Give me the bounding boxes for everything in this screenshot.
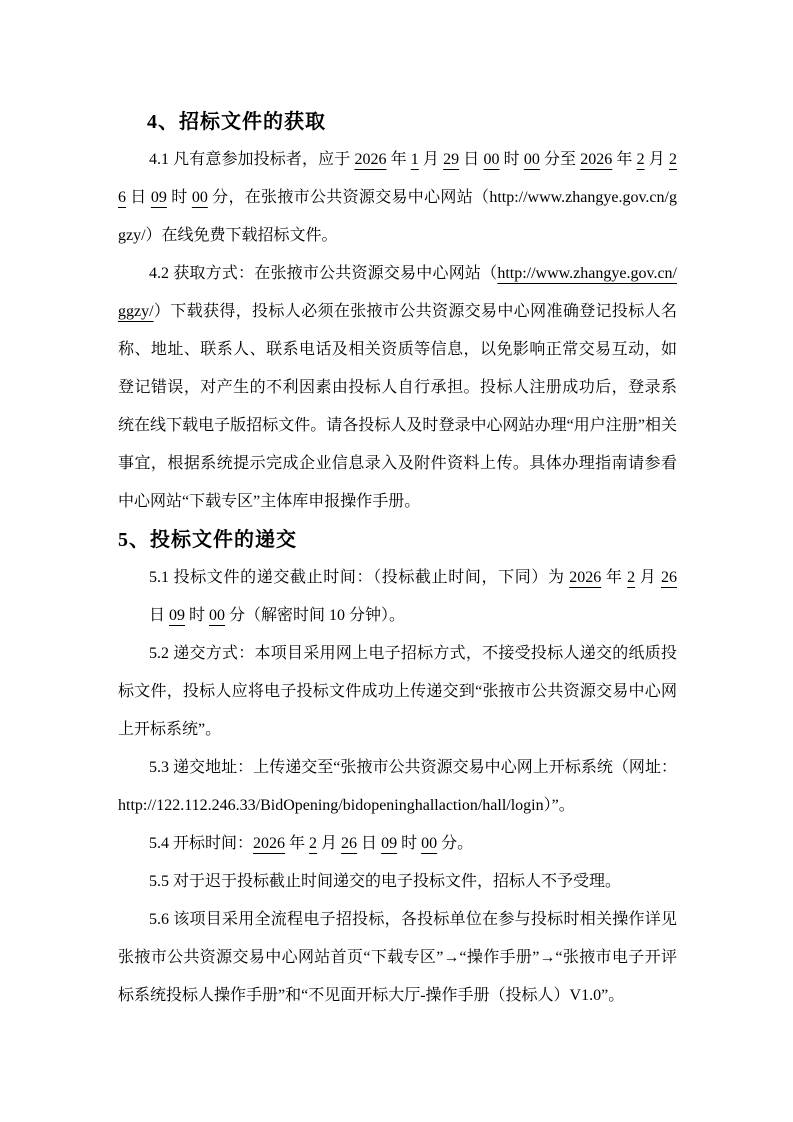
document-content: 4、招标文件的获取4.1 凡有意参加投标者，应于 2026 年 1 月 29 日… — [118, 103, 677, 1015]
underlined-text: 29 — [443, 151, 459, 168]
section-heading-5: 5、投标文件的递交 — [118, 521, 677, 559]
text-run: 4.1 凡有意参加投标者，应于 — [149, 151, 354, 168]
underlined-text: 00 — [524, 151, 540, 168]
text-run: 年 — [601, 569, 627, 586]
text-run: 时 — [397, 835, 421, 852]
paragraph-4-2: 4.2 获取方式：在张掖市公共资源交易中心网站（http://www.zhang… — [118, 255, 677, 521]
underlined-text: 00 — [209, 607, 225, 624]
text-run: 日 — [459, 151, 483, 168]
underlined-text: 09 — [151, 189, 167, 206]
underlined-text: 00 — [192, 189, 208, 206]
text-run: 5.6 该项目采用全流程电子招投标，各投标单位在参与投标时相关操作详见张掖市公共… — [118, 911, 677, 1004]
paragraph-5-3: 5.3 递交地址：上传递交至“张掖市公共资源交易中心网上开标系统（网址：http… — [118, 749, 677, 825]
section-heading-4: 4、招标文件的获取 — [118, 103, 677, 141]
underlined-text: 2 — [309, 835, 317, 852]
text-run: 4.2 获取方式：在张掖市公共资源交易中心网站（ — [149, 265, 497, 282]
underlined-text: 00 — [483, 151, 499, 168]
underlined-text: 2026 — [569, 569, 601, 586]
text-run: 5.5 对于迟于投标截止时间递交的电子投标文件，招标人不予受理。 — [149, 873, 621, 890]
paragraph-5-2: 5.2 递交方式：本项目采用网上电子招标方式，不接受投标人递交的纸质投标文件，投… — [118, 635, 677, 749]
text-run: 时 — [167, 189, 192, 206]
text-run: 时 — [499, 151, 523, 168]
url-text: http://122.112.246.33/BidOpening/bidopen… — [118, 797, 575, 814]
underlined-text: 2026 — [580, 151, 612, 168]
paragraph-5-1: 5.1 投标文件的递交截止时间：（投标截止时间，下同）为 2026 年 2 月 … — [118, 559, 677, 635]
document-page: 4、招标文件的获取4.1 凡有意参加投标者，应于 2026 年 1 月 29 日… — [0, 0, 793, 1122]
paragraph-5-5: 5.5 对于迟于投标截止时间递交的电子投标文件，招标人不予受理。 — [118, 863, 677, 901]
text-run: 日 — [149, 607, 169, 624]
text-run: 分。 — [437, 835, 473, 852]
underlined-text: 09 — [169, 607, 185, 624]
text-run: 5.3 递交地址：上传递交至“张掖市公共资源交易中心网上开标系统（网址： — [149, 759, 677, 776]
paragraph-4-1: 4.1 凡有意参加投标者，应于 2026 年 1 月 29 日 00 时 00 … — [118, 141, 677, 255]
text-run: 分（解密时间 10 分钟）。 — [225, 607, 405, 624]
underlined-text: 1 — [411, 151, 419, 168]
text-run: 分至 — [540, 151, 580, 168]
text-run: 时 — [185, 607, 209, 624]
underlined-text: 00 — [421, 835, 437, 852]
underlined-text: 26 — [661, 569, 677, 586]
underlined-text: 2026 — [253, 835, 285, 852]
text-run: 5.4 开标时间： — [149, 835, 253, 852]
underlined-text: 26 — [341, 835, 357, 852]
text-run: ）下载获得，投标人必须在张掖市公共资源交易中心网准确登记投标人名称、地址、联系人… — [118, 303, 677, 510]
text-run: 年 — [612, 151, 636, 168]
text-run: 月 — [635, 569, 661, 586]
paragraph-5-6: 5.6 该项目采用全流程电子招投标，各投标单位在参与投标时相关操作详见张掖市公共… — [118, 901, 677, 1015]
text-run: 年 — [285, 835, 309, 852]
underlined-text: 2 — [637, 151, 645, 168]
paragraph-5-4: 5.4 开标时间：2026 年 2 月 26 日 09 时 00 分。 — [118, 825, 677, 863]
text-run: 日 — [126, 189, 151, 206]
text-run: 5.2 递交方式：本项目采用网上电子招标方式，不接受投标人递交的纸质投标文件，投… — [118, 645, 677, 738]
underlined-text: 09 — [381, 835, 397, 852]
text-run: 5、投标文件的递交 — [118, 529, 297, 551]
text-run: 年 — [386, 151, 410, 168]
text-run: 月 — [645, 151, 669, 168]
underlined-text: 2 — [627, 569, 635, 586]
text-run: 月 — [317, 835, 341, 852]
text-run: 4、招标文件的获取 — [147, 111, 326, 133]
underlined-text: 2026 — [354, 151, 386, 168]
text-run: 月 — [419, 151, 443, 168]
text-run: 5.1 投标文件的递交截止时间：（投标截止时间，下同）为 — [149, 569, 569, 586]
text-run: 日 — [357, 835, 381, 852]
